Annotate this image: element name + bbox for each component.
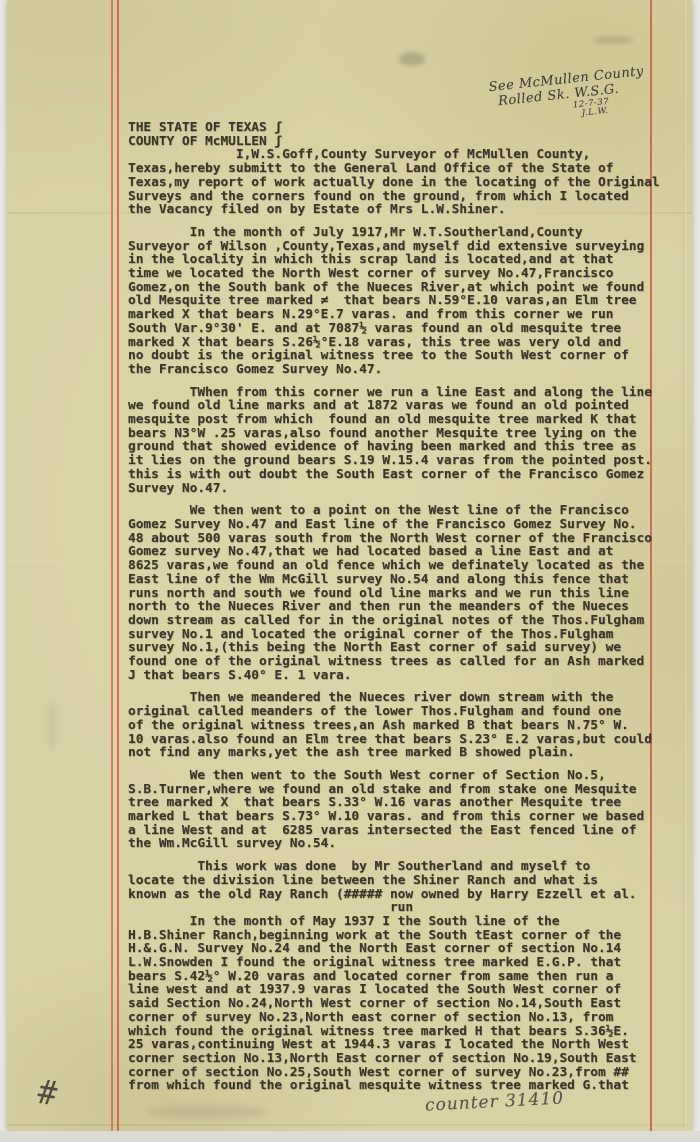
typed-line: South Var.9°30' E. and at 7087½ varas fo…	[128, 322, 688, 336]
typed-line: not find any marks,yet the ash tree mark…	[128, 746, 688, 760]
typed-line: Survey No.47.	[128, 482, 688, 496]
typed-paragraph: I,W.S.Goff,County Surveyor of McMullen C…	[128, 148, 688, 217]
typed-line: tree marked X that bears S.33° W.16 vara…	[128, 796, 688, 810]
typed-line: THE STATE OF TEXAS ʃ	[128, 121, 688, 135]
typed-line: in the locality in which this scrap land…	[128, 253, 688, 267]
typed-line: This work was done by Mr Southerland and…	[128, 860, 688, 874]
typed-line: time we located the North West corner of…	[128, 267, 688, 281]
typed-paragraph: This work was done by Mr Southerland and…	[128, 860, 688, 901]
typed-line: run	[128, 901, 688, 915]
typed-line: In the month of May 1937 I the South lin…	[128, 915, 688, 929]
typed-paragraph: TWhen from this corner we run a line Eas…	[128, 386, 688, 496]
typed-line: found one of the original witness trees …	[128, 655, 688, 669]
typed-line: East line of the Wm McGill survey No.54 …	[128, 573, 688, 587]
typed-line: J that bears S.40° E. 1 vara.	[128, 669, 688, 683]
typed-line: said Section No.24,North West corner of …	[128, 997, 688, 1011]
typed-line: 25 varas,continuing West at 1944.3 varas…	[128, 1038, 688, 1052]
typed-line: Gomez Survey No.47 and East line of the …	[128, 518, 688, 532]
typed-line: this is with out doubt the South East co…	[128, 468, 688, 482]
typed-line: We then went to a point on the West line…	[128, 504, 688, 518]
scanner-edge	[0, 1131, 700, 1142]
pencil-smudge	[399, 52, 425, 66]
typed-line: north to the Nueces River and then run t…	[128, 600, 688, 614]
typed-line: the Vacancy filed on by Estate of Mrs L.…	[128, 203, 688, 217]
left-margin-rule-outer	[111, 0, 113, 1142]
typed-line: survey No.1,(this being the North East c…	[128, 641, 688, 655]
typed-paragraph: THE STATE OF TEXAS ʃCOUNTY OF McMULLEN ʃ	[128, 121, 688, 148]
typed-line: In the month of July 1917,Mr W.T.Souther…	[128, 226, 688, 240]
typed-text-body: THE STATE OF TEXAS ʃCOUNTY OF McMULLEN ʃ…	[128, 121, 688, 1093]
typed-paragraph: Then we meandered the Nueces river down …	[128, 691, 688, 760]
paper-crease	[7, 1124, 692, 1126]
typed-paragraph: We then went to the South West corner of…	[128, 769, 688, 851]
typed-line: down stream as called for in the origina…	[128, 614, 688, 628]
ink-bleedthrough	[147, 1105, 267, 1119]
typed-line: 8625 varas,we found an old fence which w…	[128, 559, 688, 573]
paper-stain	[47, 700, 57, 750]
typed-line: from which found the original mesquite w…	[128, 1079, 688, 1093]
typed-line: original called meanders of the lower Th…	[128, 705, 688, 719]
typed-line: We then went to the South West corner of…	[128, 769, 688, 783]
typed-line: the Wm.McGill survey No.54.	[128, 837, 688, 851]
typed-line: corner section No.13,North East corner o…	[128, 1052, 688, 1066]
typed-line: it lies on the ground bears S.19 W.15.4 …	[128, 454, 688, 468]
typed-paragraph: run In the month of May 1937 I the South…	[128, 901, 688, 1093]
typed-line: corner of survey No.23,North east corner…	[128, 1011, 688, 1025]
typed-line: L.W.Snowden I found the original witness…	[128, 956, 688, 970]
typed-line: mesquite post from which found an old me…	[128, 413, 688, 427]
typed-line: known as the old Ray Ranch (##### now ow…	[128, 888, 688, 902]
typed-line: the Francisco Gomez Survey No.47.	[128, 363, 688, 377]
typed-line: Texas,my report of work actually done in…	[128, 176, 688, 190]
left-margin-rule-inner	[117, 0, 119, 1142]
typed-line: locate the division line between the Shi…	[128, 874, 688, 888]
typed-line: of the original witness trees,an Ash mar…	[128, 719, 688, 733]
typed-line: marked L that bears S.73° W.10 varas. an…	[128, 810, 688, 824]
pencil-smudge	[593, 36, 633, 44]
typed-line: marked X that bears N.29°E.7 varas. and …	[128, 308, 688, 322]
typed-line: no doubt is the original witness tree to…	[128, 349, 688, 363]
typed-line: Texas,hereby submitt to the General Land…	[128, 162, 688, 176]
typed-line: COUNTY OF McMULLEN ʃ	[128, 135, 688, 149]
typed-paragraph: We then went to a point on the West line…	[128, 504, 688, 682]
typed-paragraph: In the month of July 1917,Mr W.T.Souther…	[128, 226, 688, 377]
typed-line: we found old line marks and at 1872 vara…	[128, 399, 688, 413]
scan-background: { "document": { "title": "Surveyor repor…	[0, 0, 700, 1142]
